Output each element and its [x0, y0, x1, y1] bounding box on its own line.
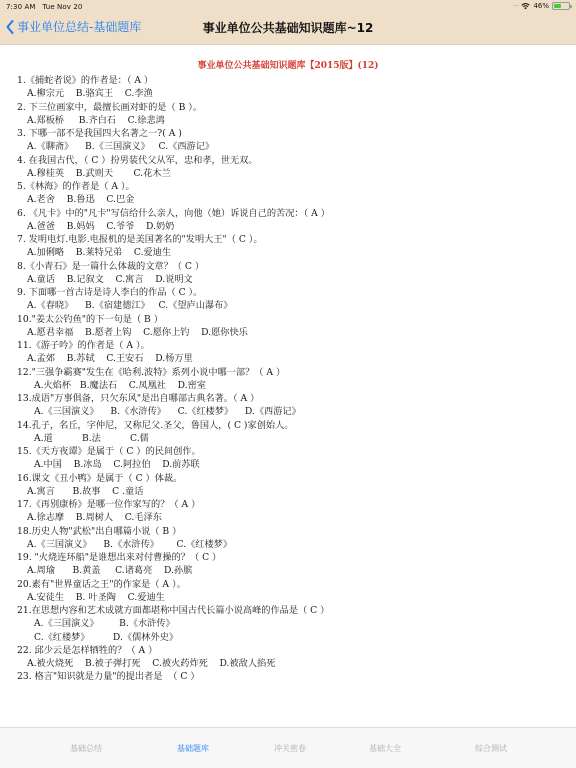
tab-breakthrough-papers[interactable]: 冲关密卷	[274, 743, 306, 754]
question-text: 8.《小青石》是一篇什么体裁的文章？（ C ）	[17, 260, 567, 273]
status-bar: 7:30 AM Tue Nov 20 ···· 46%	[0, 0, 576, 14]
answer-options: A.《春晓》 B.《宿建德江》 C.《望庐山瀑布》	[17, 299, 567, 312]
question-text: 4. 在我国古代，（ C ）扮男装代父从军，忠和孝，世无双。	[17, 154, 567, 167]
answer-options: A.加俐略 B.莱特兄弟 C.爱迪生	[17, 246, 567, 259]
document-view[interactable]: 事业单位公共基础知识题库【2015版】(12) 1.《捕蛇者说》的作者是：（ A…	[0, 46, 576, 727]
header: 7:30 AM Tue Nov 20 ···· 46% 事业单位总结-基础题库 …	[0, 0, 576, 45]
tab-basic-summary[interactable]: 基础总结	[70, 743, 102, 754]
answer-options: A.童话 B.记叙文 C.寓言 D.说明文	[17, 273, 567, 286]
answer-options: A.《三国演义》 B.《水浒传》 C.《红楼梦》	[17, 538, 567, 551]
question-text: 2. 下三位画家中，最擅长画对虾的是（ B ）。	[17, 101, 567, 114]
answer-options: A.《三国演义》 B.《水浒传》	[17, 617, 567, 630]
answer-options: A.《三国演义》 B.《水浒传》 C.《红楼梦》 D.《西游记》	[17, 405, 567, 418]
question-text: 21.在思想内容和艺术成就方面都堪称中国古代长篇小说高峰的作品是（ C ）	[17, 604, 567, 617]
question-text: 16.课文《丑小鸭》是属于（ C ）体裁。	[17, 472, 567, 485]
answer-options: A.孟郊 B.苏轼 C.王安石 D.杨万里	[17, 352, 567, 365]
question-text: 22. 邱少云是怎样牺牲的？（ A ）	[17, 644, 567, 657]
status-date-text: Tue Nov 20	[42, 3, 82, 11]
question-text: 17.《再别康桥》是哪一位作家写的？（ A ）	[17, 498, 567, 511]
question-text: 1.《捕蛇者说》的作者是：（ A ）	[17, 74, 567, 87]
question-text: 9. 下面哪一首古诗是诗人李白的作品（ C ）。	[17, 286, 567, 299]
answer-options: A.被火烧死 B.被子弹打死 C.被火药炸死 D.被敌人掐死	[17, 657, 567, 670]
answer-options: A.老舍 B.鲁迅 C.巴金	[17, 193, 567, 206]
answer-options: A.穆桂英 B.武则天 C.花木兰	[17, 167, 567, 180]
back-button[interactable]: 事业单位总结-基础题库	[6, 18, 141, 35]
question-text: 15.《天方夜谭》是属于（ C ）的民间创作。	[17, 445, 567, 458]
question-text: 12."三强争霸赛"发生在《哈利.波特》系列小说中哪一部？（ A ）	[17, 366, 567, 379]
tab-basic-question-bank[interactable]: 基础题库	[177, 743, 209, 754]
question-text: 6. 《凡卡》中的"凡卡"写信给什么亲人，向他（她）诉说自己的苦况：（ A ）	[17, 207, 567, 220]
status-time-text: 7:30 AM	[6, 3, 35, 11]
answer-options: A.郑板桥 B.齐白石 C.徐悲鸿	[17, 114, 567, 127]
question-text: 18.历史人物"武松"出自哪篇小说（ B ）	[17, 525, 567, 538]
answer-options: A.寓言 B.故事 C .童话	[17, 485, 567, 498]
answer-options: A.道 B.法 C.儒	[17, 432, 567, 445]
battery-cap	[570, 5, 572, 8]
document-title: 事业单位公共基础知识题库【2015版】(12)	[0, 58, 576, 71]
question-text: 20.素有"世界童话之王"的作家是（ A ）。	[17, 578, 567, 591]
question-text: 11.《游子吟》的作者是（ A ）。	[17, 339, 567, 352]
question-text: 23. 格言"知识就是力量"的提出者是 （ C ）	[17, 670, 567, 683]
battery-percent: 46%	[533, 2, 549, 10]
battery-fill	[554, 4, 561, 8]
question-text: 5.《林海》的作者是（ A ）。	[17, 180, 567, 193]
status-time: 7:30 AM Tue Nov 20	[6, 3, 82, 11]
tab-comprehensive-test[interactable]: 综合测试	[475, 743, 507, 754]
battery-icon	[552, 2, 570, 10]
question-text: 19. "火烧连环船"是谁想出来对付曹操的？（ C ）	[17, 551, 567, 564]
question-text: 7. 发明电灯.电影.电报机的是美国著名的"发明大王"（ C ）。	[17, 233, 567, 246]
answer-options: A.中国 B.冰岛 C.阿拉伯 D.前苏联	[17, 458, 567, 471]
answer-options: A.周瑜 B.黄盖 C.诸葛亮 D.孙膑	[17, 564, 567, 577]
answer-options: A.柳宗元 B.骆宾王 C.李渔	[17, 87, 567, 100]
question-text: 10."姜太公钓鱼"的下一句是（ B ）	[17, 313, 567, 326]
wifi-icon	[521, 2, 530, 10]
answer-options: A.愿君幸福 B.愿者上钩 C.愿你上钓 D.愿你快乐	[17, 326, 567, 339]
tab-bar: 基础总结 基础题库 冲关密卷 基础大全 综合测试	[0, 727, 576, 768]
answer-options: A.《聊斋》 B.《三国演义》 C.《西游记》	[17, 140, 567, 153]
answer-options: A.爸爸 B.妈妈 C.爷爷 D.奶奶	[17, 220, 567, 233]
tab-basic-collection[interactable]: 基础大全	[369, 743, 401, 754]
question-text: 14.孔子，名丘，字仲尼，又称尼父.圣父，鲁国人，( C )家创始人。	[17, 419, 567, 432]
answer-options: C.《红楼梦》 D.《儒林外史》	[17, 631, 567, 644]
question-text: 13.成语"万事俱备，只欠东风"是出自哪部古典名著。（ A ）	[17, 392, 567, 405]
answer-options: A.徐志摩 B.周树人 C.毛泽东	[17, 511, 567, 524]
navigation-bar: 事业单位总结-基础题库 事业单位公共基础知识题库~12	[0, 14, 576, 45]
chevron-left-icon	[6, 20, 14, 34]
status-right: ···· 46%	[513, 2, 570, 10]
signal-icon: ····	[513, 3, 519, 10]
answer-options: A.火焰杯 B.魔法石 C.凤凰社 D.密室	[17, 379, 567, 392]
question-text: 3. 下哪一部不是我国四大名著之一?( A )	[17, 127, 567, 140]
answer-options: A.安徒生 B. 叶圣陶 C.爱迪生	[17, 591, 567, 604]
back-button-label: 事业单位总结-基础题库	[17, 18, 141, 35]
question-list: 1.《捕蛇者说》的作者是：（ A ）A.柳宗元 B.骆宾王 C.李渔2. 下三位…	[17, 74, 567, 684]
